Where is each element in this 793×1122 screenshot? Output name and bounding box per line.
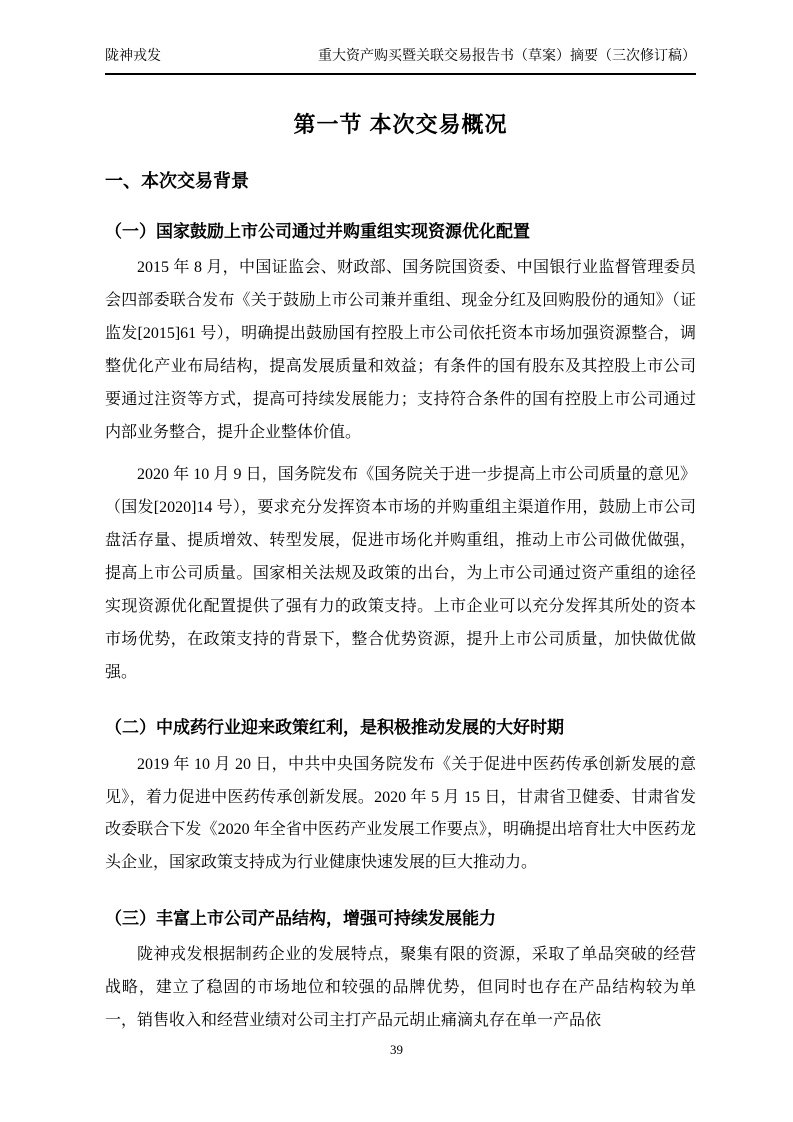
subsection-heading-1: （一）国家鼓励上市公司通过并购重组实现资源优化配置 [105, 221, 696, 243]
paragraph-2015-policy: 2015 年 8 月，中国证监会、财政部、国务院国资委、中国银行业监督管理委员会… [105, 252, 696, 450]
paragraph-product-structure: 陇神戎发根据制药企业的发展特点，聚集有限的资源，采取了单品突破的经营战略，建立了… [105, 939, 696, 1038]
header-company-name: 陇神戎发 [105, 46, 161, 68]
page-header: 陇神戎发 重大资产购买暨关联交易报告书（草案）摘要（三次修订稿） [105, 46, 696, 75]
subsection-heading-3: （三）丰富上市公司产品结构，增强可持续发展能力 [105, 908, 696, 930]
chapter-title: 第一节 本次交易概况 [105, 111, 696, 140]
paragraph-2020-policy: 2020 年 10 月 9 日，国务院发布《国务院关于进一步提高上市公司质量的意… [105, 459, 696, 690]
paragraph-tcm-policy: 2019 年 10 月 20 日，中共中央国务院发布《关于促进中医药传承创新发展… [105, 749, 696, 881]
page-number: 39 [0, 1042, 793, 1058]
subsection-heading-2: （二）中成药行业迎来政策红利，是积极推动发展的大好时期 [105, 717, 696, 739]
document-page: 陇神戎发 重大资产购买暨关联交易报告书（草案）摘要（三次修订稿） 第一节 本次交… [0, 0, 793, 1122]
section-heading-background: 一、本次交易背景 [105, 170, 696, 193]
header-report-title: 重大资产购买暨关联交易报告书（草案）摘要（三次修订稿） [318, 46, 696, 68]
